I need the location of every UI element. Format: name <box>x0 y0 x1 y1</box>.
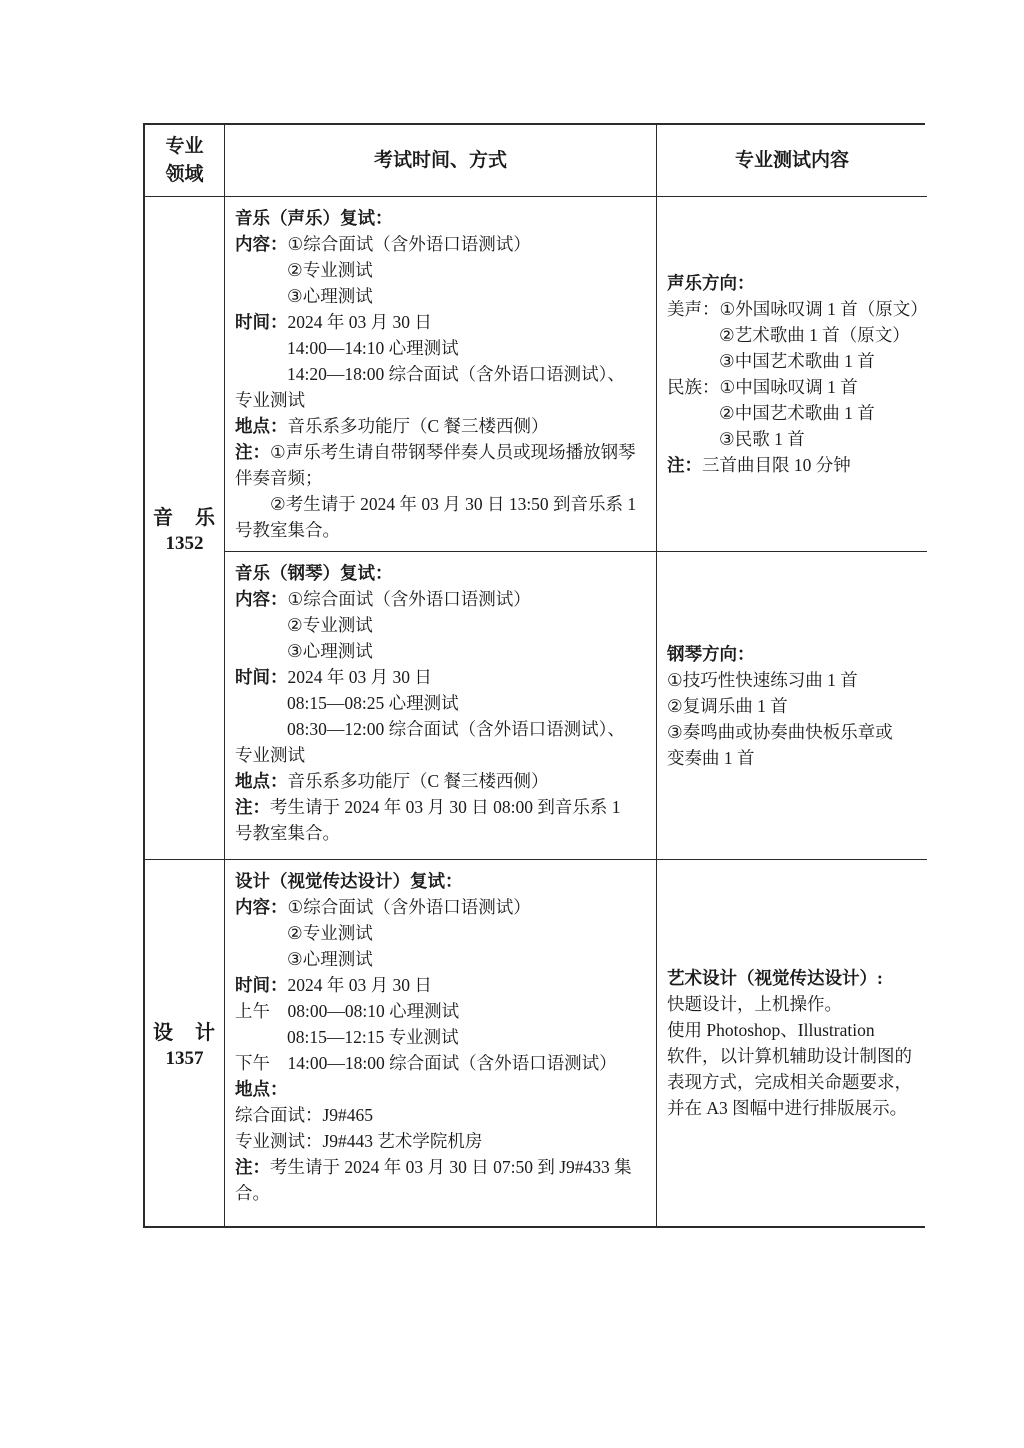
text-line: ②专业测试 <box>235 257 648 283</box>
text-line: 时间：2024 年 03 月 30 日 <box>235 309 648 335</box>
text-line: 伴奏音频； <box>235 465 648 491</box>
text-line: ③心理测试 <box>235 283 648 309</box>
text-line: ②专业测试 <box>235 920 648 946</box>
text-line: 软件，以计算机辅助设计制图的 <box>667 1043 919 1069</box>
text-line: ②专业测试 <box>235 612 648 638</box>
text-line: 专业测试 <box>235 387 648 413</box>
text-line: 注：考生请于 2024 年 03 月 30 日 08:00 到音乐系 1 <box>235 794 648 820</box>
cell-vocal-content: 声乐方向： 美声：①外国咏叹调 1 首（原文） ②艺术歌曲 1 首（原文） ③中… <box>657 197 927 552</box>
text-line: 民族：①中国咏叹调 1 首 <box>667 374 919 400</box>
header-test-content: 专业测试内容 <box>657 125 927 197</box>
text-line: 专业测试：J9#443 艺术学院机房 <box>235 1128 648 1154</box>
text-line: 14:00—14:10 心理测试 <box>235 335 648 361</box>
text-line: 地点：音乐系多功能厅（C 餐三楼西侧） <box>235 768 648 794</box>
text-line: 号教室集合。 <box>235 820 648 846</box>
text-line: 使用 Photoshop、Illustration <box>667 1017 919 1043</box>
text-line: ③心理测试 <box>235 638 648 664</box>
field-name-music: 音 乐 <box>153 501 216 530</box>
text-line: 专业测试 <box>235 742 648 768</box>
text-line: ③民歌 1 首 <box>667 426 919 452</box>
field-name-design: 设 计 <box>153 1016 216 1045</box>
text-line: 艺术设计（视觉传达设计）: <box>667 965 919 991</box>
text-line: ③中国艺术歌曲 1 首 <box>667 348 919 374</box>
text-line: ①技巧性快速练习曲 1 首 <box>667 667 919 693</box>
text-line: 时间：2024 年 03 月 30 日 <box>235 972 648 998</box>
text-line: 号教室集合。 <box>235 517 648 543</box>
text-line: ②中国艺术歌曲 1 首 <box>667 400 919 426</box>
text-line: 08:30—12:00 综合面试（含外语口语测试）、 <box>235 716 648 742</box>
header-field-line1: 专业 <box>165 133 203 161</box>
text-line: 08:15—08:25 心理测试 <box>235 690 648 716</box>
field-code-design: 1357 <box>166 1048 204 1070</box>
text-line: 08:15—12:15 专业测试 <box>235 1024 648 1050</box>
text-line: 并在 A3 图幅中进行排版展示。 <box>667 1095 919 1121</box>
text-line: ②复调乐曲 1 首 <box>667 693 919 719</box>
header-field-line2: 领域 <box>165 161 203 189</box>
text-line: ③心理测试 <box>235 946 648 972</box>
text-line: 合。 <box>235 1180 648 1206</box>
text-line: 钢琴方向： <box>667 641 919 667</box>
text-line: 上午 08:00—08:10 心理测试 <box>235 998 648 1024</box>
exam-schedule-table: 专业 领域 考试时间、方式 专业测试内容 音 乐 1352 音乐（声乐）复试： … <box>143 123 925 1228</box>
text-line: 地点：音乐系多功能厅（C 餐三楼西侧） <box>235 413 648 439</box>
text-line: 14:20—18:00 综合面试（含外语口语测试）、 <box>235 361 648 387</box>
text-line: 综合面试：J9#465 <box>235 1102 648 1128</box>
text-line: 内容：①综合面试（含外语口语测试） <box>235 894 648 920</box>
text-line: 地点： <box>235 1076 648 1102</box>
cell-piano-exam: 音乐（钢琴）复试： 内容：①综合面试（含外语口语测试） ②专业测试 ③心理测试 … <box>225 552 657 860</box>
text-line: ②考生请于 2024 年 03 月 30 日 13:50 到音乐系 1 <box>235 491 648 517</box>
text-line: 下午 14:00—18:00 综合面试（含外语口语测试） <box>235 1050 648 1076</box>
cell-piano-content: 钢琴方向： ①技巧性快速练习曲 1 首 ②复调乐曲 1 首 ③奏鸣曲或协奏曲快板… <box>657 552 927 860</box>
text-line: 设计（视觉传达设计）复试： <box>235 868 648 894</box>
text-line: 美声：①外国咏叹调 1 首（原文） <box>667 296 919 322</box>
text-line: 表现方式，完成相关命题要求， <box>667 1069 919 1095</box>
cell-design-content: 艺术设计（视觉传达设计）: 快题设计，上机操作。 使用 Photoshop、Il… <box>657 860 927 1226</box>
cell-vocal-exam: 音乐（声乐）复试： 内容：①综合面试（含外语口语测试） ②专业测试 ③心理测试 … <box>225 197 657 552</box>
cell-field-design: 设 计 1357 <box>145 860 225 1226</box>
text-line: 声乐方向： <box>667 270 919 296</box>
text-line: 音乐（声乐）复试： <box>235 205 648 231</box>
document-page: 专业 领域 考试时间、方式 专业测试内容 音 乐 1352 音乐（声乐）复试： … <box>0 0 1024 1448</box>
text-line: 注：考生请于 2024 年 03 月 30 日 07:50 到 J9#433 集 <box>235 1154 648 1180</box>
text-line: 内容：①综合面试（含外语口语测试） <box>235 231 648 257</box>
field-code-music: 1352 <box>166 533 204 555</box>
text-line: 快题设计，上机操作。 <box>667 991 919 1017</box>
cell-design-exam: 设计（视觉传达设计）复试： 内容：①综合面试（含外语口语测试） ②专业测试 ③心… <box>225 860 657 1226</box>
cell-field-music: 音 乐 1352 <box>145 197 225 860</box>
header-field-column: 专业 领域 <box>145 125 225 197</box>
text-line: ②艺术歌曲 1 首（原文） <box>667 322 919 348</box>
text-line: 注：①声乐考生请自带钢琴伴奏人员或现场播放钢琴 <box>235 439 648 465</box>
text-line: 时间：2024 年 03 月 30 日 <box>235 664 648 690</box>
text-line: 音乐（钢琴）复试： <box>235 560 648 586</box>
text-line: 内容：①综合面试（含外语口语测试） <box>235 586 648 612</box>
header-exam-time-method: 考试时间、方式 <box>225 125 657 197</box>
text-line: 注：三首曲目限 10 分钟 <box>667 452 919 478</box>
text-line: ③奏鸣曲或协奏曲快板乐章或 <box>667 719 919 745</box>
text-line: 变奏曲 1 首 <box>667 745 919 771</box>
